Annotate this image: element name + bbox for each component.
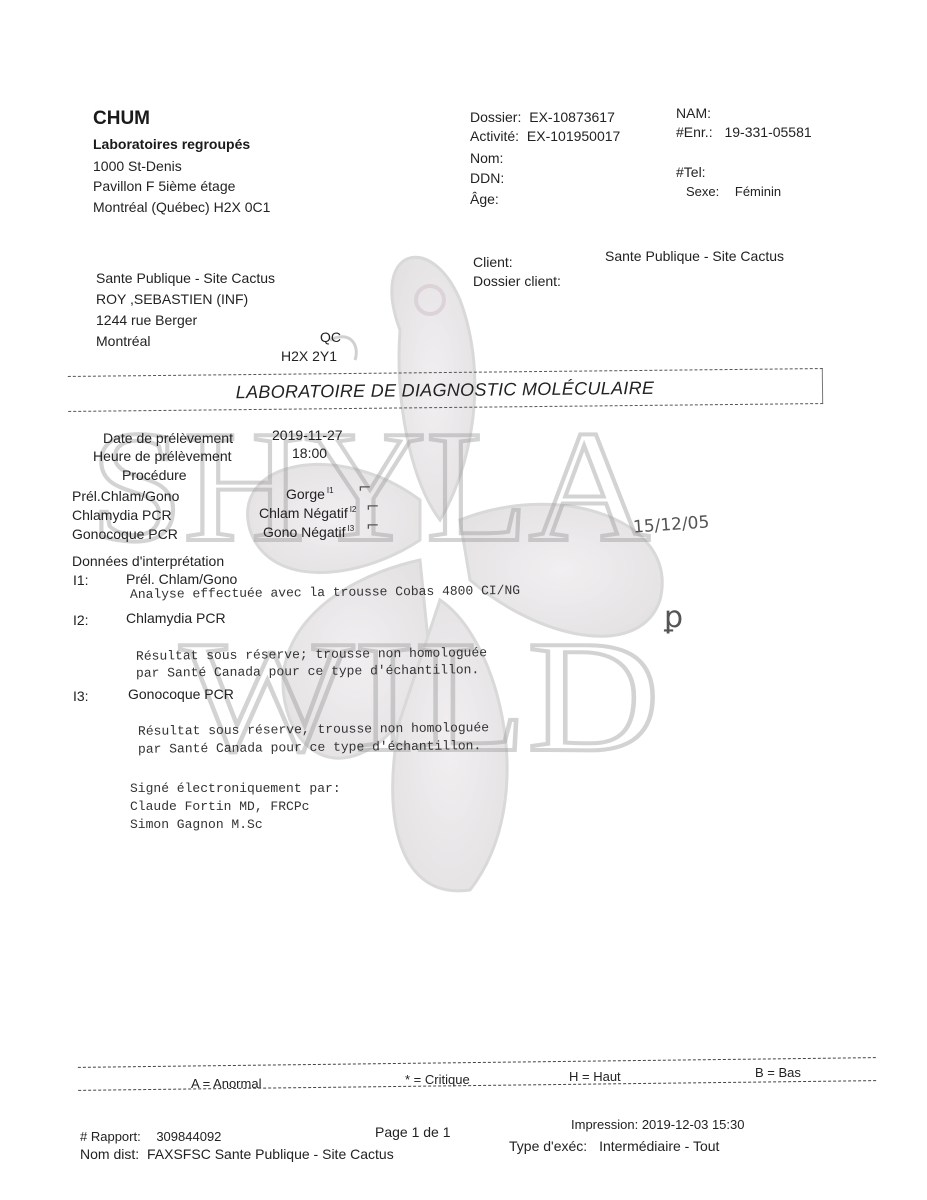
tel-label: #Tel: xyxy=(676,164,706,180)
rapport-field: # Rapport: 309844092 xyxy=(80,1129,221,1144)
nam-label: NAM: xyxy=(676,105,711,121)
result-note-ref: I1 xyxy=(327,486,334,495)
signer-name: Claude Fortin MD, FRCPc xyxy=(130,799,309,814)
nom-dist-field: Nom dist: FAXSFSC Sante Publique - Site … xyxy=(80,1146,394,1162)
enr-value: 19-331-05581 xyxy=(724,124,811,140)
activite-value: EX-101950017 xyxy=(527,128,620,144)
dossier-field: Dossier: EX-10873617 xyxy=(470,109,615,125)
dossier-value: EX-10873617 xyxy=(529,109,615,125)
signer-name: Simon Gagnon M.Sc xyxy=(130,817,263,832)
note-test: Prél. Chlam/Gono xyxy=(126,571,237,587)
interpretation-title: Données d'interprétation xyxy=(72,553,224,569)
handwritten-check-mark: ⌐ xyxy=(366,497,379,516)
handwritten-initials: ꝑ xyxy=(664,600,683,635)
handwritten-date: 15/12/05 xyxy=(632,512,710,537)
activite-label: Activité: xyxy=(470,128,519,144)
rapport-value: 309844092 xyxy=(156,1129,221,1144)
type-exec-field: Type d'exéc: Intermédiaire - Tout xyxy=(509,1138,719,1154)
recipient-line: ROY ,SEBASTIEN (INF) xyxy=(96,291,248,307)
lab-subtitle: Laboratoires regroupés xyxy=(93,136,250,152)
result-value: GorgeI1 xyxy=(286,486,334,502)
rapport-label: # Rapport: xyxy=(80,1129,141,1144)
note-ref: I3: xyxy=(73,688,89,704)
handwritten-check-mark: ⌐ xyxy=(366,516,379,535)
client-label: Client: xyxy=(473,254,513,270)
impression-value: 2019-12-03 15:30 xyxy=(642,1117,745,1132)
page-indicator: Page 1 de 1 xyxy=(375,1124,451,1140)
activite-field: Activité: EX-101950017 xyxy=(470,128,620,144)
note-ref: I2: xyxy=(73,612,89,628)
lab-address-line: Pavillon F 5ième étage xyxy=(93,178,235,194)
age-label: Âge: xyxy=(470,191,499,207)
note-test: Gonocoque PCR xyxy=(128,686,234,702)
collection-time-label: Heure de prélèvement xyxy=(93,448,232,464)
lab-address-line: 1000 St-Denis xyxy=(93,158,182,174)
nom-dist-label: Nom dist: xyxy=(80,1146,139,1162)
type-exec-label: Type d'exéc: xyxy=(509,1138,587,1154)
collection-date-label: Date de prélèvement xyxy=(103,430,233,446)
legend-item-bas: B = Bas xyxy=(755,1065,801,1080)
recipient-line: Montréal xyxy=(96,333,150,349)
legend-item-anormal: A = Anormal xyxy=(191,1076,261,1091)
recipient-province: QC xyxy=(320,329,341,345)
signed-label: Signé électroniquement par: xyxy=(130,781,341,796)
result-note-ref: I2 xyxy=(350,505,357,514)
impression-label: Impression: xyxy=(571,1117,638,1132)
collection-time-value: 18:00 xyxy=(292,445,327,461)
result-value: Chlam NégatifI2 xyxy=(259,505,356,521)
lab-address-line: Montréal (Québec) H2X 0C1 xyxy=(93,199,270,215)
note-text: par Santé Canada pour ce type d'échantil… xyxy=(138,738,481,757)
sexe-value: Féminin xyxy=(735,184,781,199)
enr-label: #Enr.: xyxy=(676,124,713,140)
section-banner: LABORATOIRE DE DIAGNOSTIC MOLÉCULAIRE xyxy=(68,368,823,412)
sexe-field: Sexe: Féminin xyxy=(686,184,781,199)
sexe-label: Sexe: xyxy=(686,184,719,199)
nom-label: Nom: xyxy=(470,150,503,166)
dossier-client-label: Dossier client: xyxy=(473,273,561,289)
result-test-name: Prél.Chlam/Gono xyxy=(72,488,179,504)
note-text: Résultat sous réserve, trousse non homol… xyxy=(138,720,489,739)
handwritten-check-mark: ⌐ xyxy=(358,478,371,497)
dossier-label: Dossier: xyxy=(470,109,521,125)
ddn-label: DDN: xyxy=(470,170,504,186)
note-ref: I1: xyxy=(73,572,89,588)
lab-report-page: CHUM Laboratoires regroupés 1000 St-Deni… xyxy=(0,0,927,1200)
section-title: LABORATOIRE DE DIAGNOSTIC MOLÉCULAIRE xyxy=(68,376,822,405)
impression-field: Impression: 2019-12-03 15:30 xyxy=(571,1117,744,1132)
recipient-line: Sante Publique - Site Cactus xyxy=(96,270,275,286)
enr-field: #Enr.: 19-331-05581 xyxy=(676,124,812,140)
result-test-name: Gonocoque PCR xyxy=(72,526,178,542)
collection-date-value: 2019-11-27 xyxy=(272,427,343,443)
note-text: Résultat sous réserve; trousse non homol… xyxy=(136,645,487,664)
note-text: par Santé Canada pour ce type d'échantil… xyxy=(136,662,479,681)
result-test-name: Chlamydia PCR xyxy=(72,507,172,523)
recipient-line: 1244 rue Berger xyxy=(96,312,197,328)
client-value: Sante Publique - Site Cactus xyxy=(605,248,784,264)
procedure-label: Procédure xyxy=(122,467,187,483)
recipient-postal-code: H2X 2Y1 xyxy=(281,348,337,364)
note-test: Chlamydia PCR xyxy=(126,610,226,626)
legend-item-critique: * = Critique xyxy=(405,1072,470,1087)
legend-item-haut: H = Haut xyxy=(569,1069,621,1084)
type-exec-value: Intermédiaire - Tout xyxy=(599,1138,719,1154)
lab-name: CHUM xyxy=(93,108,150,130)
note-text: Analyse effectuée avec la trousse Cobas … xyxy=(130,583,520,602)
result-note-ref: I3 xyxy=(348,524,355,533)
nom-dist-value: FAXSFSC Sante Publique - Site Cactus xyxy=(147,1146,394,1162)
result-value: Gono NégatifI3 xyxy=(263,524,354,540)
